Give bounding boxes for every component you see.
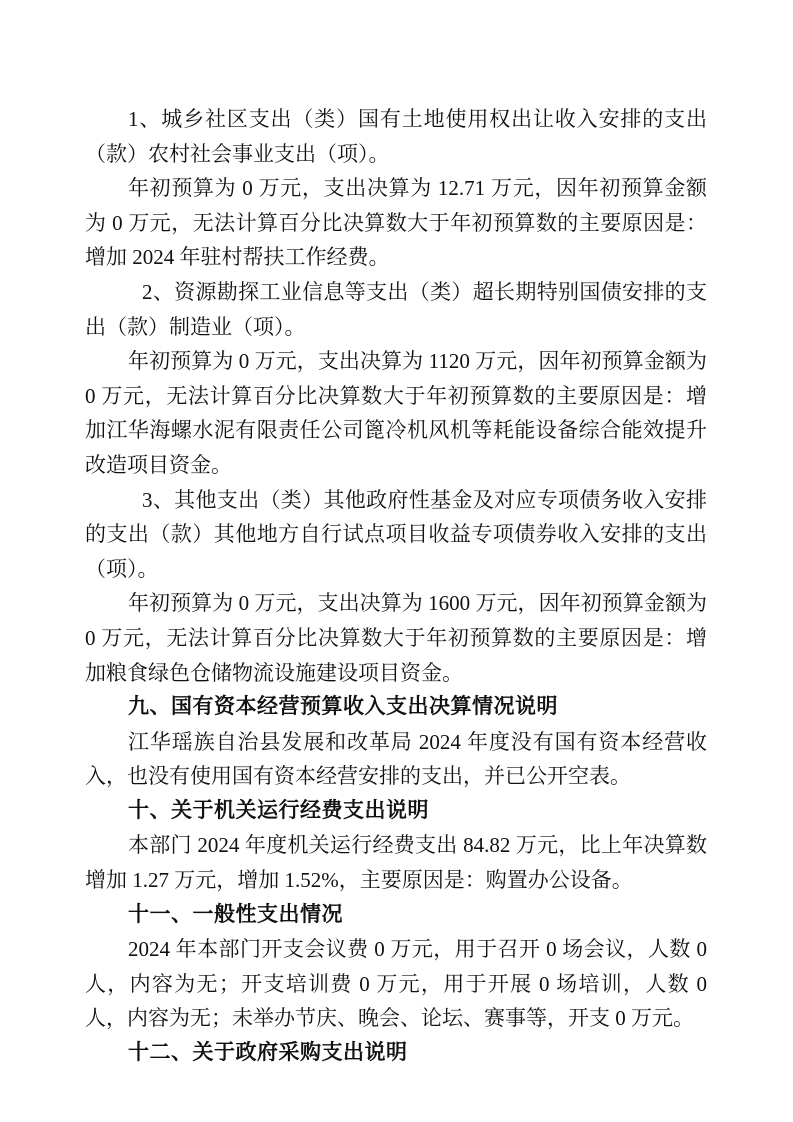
section-9-body: 江华瑶族自治县发展和改革局 2024 年度没有国有资本经营收入，也没有使用国有资… <box>85 725 707 794</box>
section-heading-11: 十一、一般性支出情况 <box>85 898 707 933</box>
expense-item-3-note: 年初预算为 0 万元，支出决算为 1600 万元，因年初预算金额为 0 万元，无… <box>85 586 707 690</box>
section-heading-9: 九、国有资本经营预算收入支出决算情况说明 <box>85 690 707 725</box>
expense-item-3-title: 3、其他支出（类）其他政府性基金及对应专项债务收入安排的支出（款）其他地方自行试… <box>85 483 707 587</box>
document-body: 1、城乡社区支出（类）国有土地使用权出让收入安排的支出（款）农村社会事业支出（项… <box>85 102 707 1071</box>
document-page: 1、城乡社区支出（类）国有土地使用权出让收入安排的支出（款）农村社会事业支出（项… <box>0 0 793 1122</box>
expense-item-2-title: 2、资源勘探工业信息等支出（类）超长期特别国债安排的支出（款）制造业（项）。 <box>85 275 707 344</box>
section-heading-10: 十、关于机关运行经费支出说明 <box>85 794 707 829</box>
expense-item-1-title: 1、城乡社区支出（类）国有土地使用权出让收入安排的支出（款）农村社会事业支出（项… <box>85 102 707 171</box>
expense-item-2-note: 年初预算为 0 万元，支出决算为 1120 万元，因年初预算金额为 0 万元，无… <box>85 344 707 482</box>
expense-item-1-note: 年初预算为 0 万元，支出决算为 12.71 万元，因年初预算金额为 0 万元，… <box>85 171 707 275</box>
section-heading-12: 十二、关于政府采购支出说明 <box>85 1036 707 1071</box>
section-11-body: 2024 年本部门开支会议费 0 万元，用于召开 0 场会议，人数 0 人，内容… <box>85 932 707 1036</box>
section-10-body: 本部门 2024 年度机关运行经费支出 84.82 万元，比上年决算数增加 1.… <box>85 828 707 897</box>
